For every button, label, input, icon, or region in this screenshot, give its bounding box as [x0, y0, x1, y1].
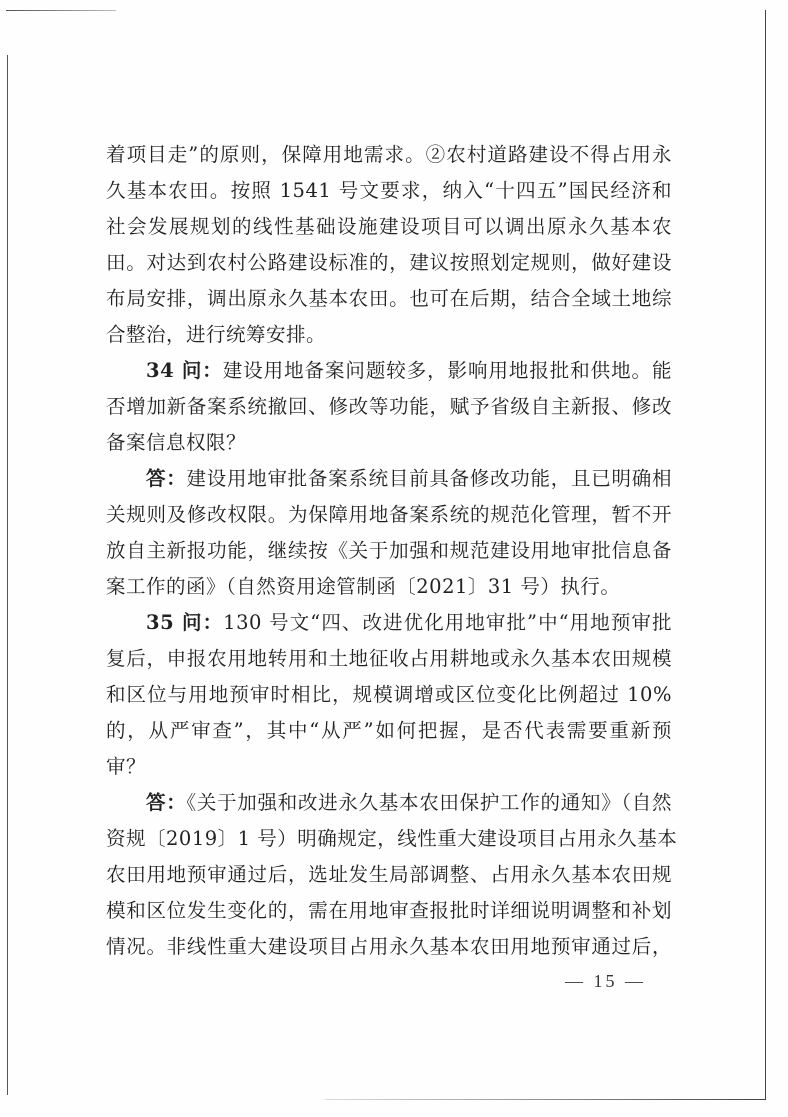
text-line: 放自主新报功能，继续按《关于加强和规范建设用地审批信息备: [106, 539, 672, 563]
text-line: 和区位与用地预审时相比，规模调增或区位变化比例超过 10%: [106, 683, 672, 707]
text-line: 否增加新备案系统撤回、修改等功能，赋予省级自主新报、修改: [106, 395, 672, 419]
question-34: 34 问：建设用地备案问题较多，影响用地报批和供地。能: [146, 359, 672, 383]
line-text: 放自主新报功能，继续按《关于加强和规范建设用地审批信息备: [106, 539, 672, 562]
line-text: 社会发展规划的线性基础设施建设项目可以调出原永久基本农: [106, 215, 672, 238]
document-page: 着项目走”的原则，保障用地需求。②农村道路建设不得占用永 久基本农田。按照 15…: [0, 0, 788, 1117]
line-text: 关规则及修改权限。为保障用地备案系统的规范化管理，暂不开: [106, 503, 672, 526]
text-line: 备案信息权限？: [106, 431, 672, 455]
scan-edge-right: [765, 10, 766, 1100]
question-label: 34 问：: [146, 359, 223, 382]
answer-35: 答：《关于加强和改进永久基本农田保护工作的通知》（自然: [146, 791, 672, 815]
line-text: 审？: [106, 755, 146, 778]
question-label: 35 问：: [146, 611, 223, 634]
text-line: 合整治，进行统筹安排。: [106, 323, 672, 347]
line-text: 布局安排，调出原永久基本农田。也可在后期，结合全域土地综: [106, 287, 672, 310]
question-35: 35 问：130 号文“四、改进优化用地审批”中“用地预审批: [146, 611, 672, 635]
line-text: 田。对达到农村公路建设标准的，建议按照划定规则，做好建设: [106, 251, 672, 274]
text-line: 资规〔2019〕1 号）明确规定，线性重大建设项目占用永久基本: [106, 827, 672, 851]
text-line: 着项目走”的原则，保障用地需求。②农村道路建设不得占用永: [106, 143, 672, 167]
text-line: 案工作的函》（自然资用途管制函〔2021〕31 号）执行。: [106, 575, 672, 599]
line-text: 模和区位发生变化的，需在用地审查报批时详细说明调整和补划: [106, 899, 672, 922]
line-text: 情况。非线性重大建设项目占用永久基本农田用地预审通过后，: [106, 935, 672, 958]
answer-label: 答：: [146, 791, 186, 814]
line-text: 备案信息权限？: [106, 431, 246, 454]
text-line: 田。对达到农村公路建设标准的，建议按照划定规则，做好建设: [106, 251, 672, 275]
line-text: 案工作的函》（自然资用途管制函〔2021〕31 号）执行。: [106, 575, 620, 598]
line-text: 的，从严审查”，其中“从严”如何把握，是否代表需要重新预: [106, 719, 672, 742]
answer-label: 答：: [146, 467, 186, 490]
text-line: 模和区位发生变化的，需在用地审查报批时详细说明调整和补划: [106, 899, 672, 923]
line-text: 建设用地审批备案系统目前具备修改功能，且已明确相: [186, 467, 672, 490]
text-line: 审？: [106, 755, 672, 779]
line-text: 建设用地备案问题较多，影响用地报批和供地。能: [223, 359, 672, 382]
line-text: 着项目走”的原则，保障用地需求。②农村道路建设不得占用永: [106, 143, 672, 166]
text-line: 布局安排，调出原永久基本农田。也可在后期，结合全域土地综: [106, 287, 672, 311]
line-text: 久基本农田。按照 1541 号文要求，纳入“十四五”国民经济和: [106, 179, 672, 202]
line-text: 农田用地预审通过后，选址发生局部调整、占用永久基本农田规: [106, 863, 672, 886]
scan-edge-top: [6, 10, 116, 11]
line-text: 《关于加强和改进永久基本农田保护工作的通知》（自然: [186, 791, 672, 814]
line-text: 复后，申报农用地转用和土地征收占用耕地或永久基本农田规模: [106, 647, 672, 670]
text-line: 的，从严审查”，其中“从严”如何把握，是否代表需要重新预: [106, 719, 672, 743]
line-text: 合整治，进行统筹安排。: [106, 323, 326, 346]
text-line: 复后，申报农用地转用和土地征收占用耕地或永久基本农田规模: [106, 647, 672, 671]
text-line: 农田用地预审通过后，选址发生局部调整、占用永久基本农田规: [106, 863, 672, 887]
line-text: 否增加新备案系统撤回、修改等功能，赋予省级自主新报、修改: [106, 395, 672, 418]
page-number: — 15 —: [565, 971, 646, 992]
line-text: 资规〔2019〕1 号）明确规定，线性重大建设项目占用永久基本: [106, 827, 677, 850]
scan-edge-bottom: [325, 1099, 765, 1100]
line-text: 130 号文“四、改进优化用地审批”中“用地预审批: [223, 611, 672, 634]
line-text: 和区位与用地预审时相比，规模调增或区位变化比例超过 10%: [106, 683, 672, 706]
answer-34: 答：建设用地审批备案系统目前具备修改功能，且已明确相: [146, 467, 672, 491]
text-line: 关规则及修改权限。为保障用地备案系统的规范化管理，暂不开: [106, 503, 672, 527]
text-line: 社会发展规划的线性基础设施建设项目可以调出原永久基本农: [106, 215, 672, 239]
text-line: 久基本农田。按照 1541 号文要求，纳入“十四五”国民经济和: [106, 179, 672, 203]
scan-edge-left: [7, 55, 8, 1095]
text-line: 情况。非线性重大建设项目占用永久基本农田用地预审通过后，: [106, 935, 672, 959]
